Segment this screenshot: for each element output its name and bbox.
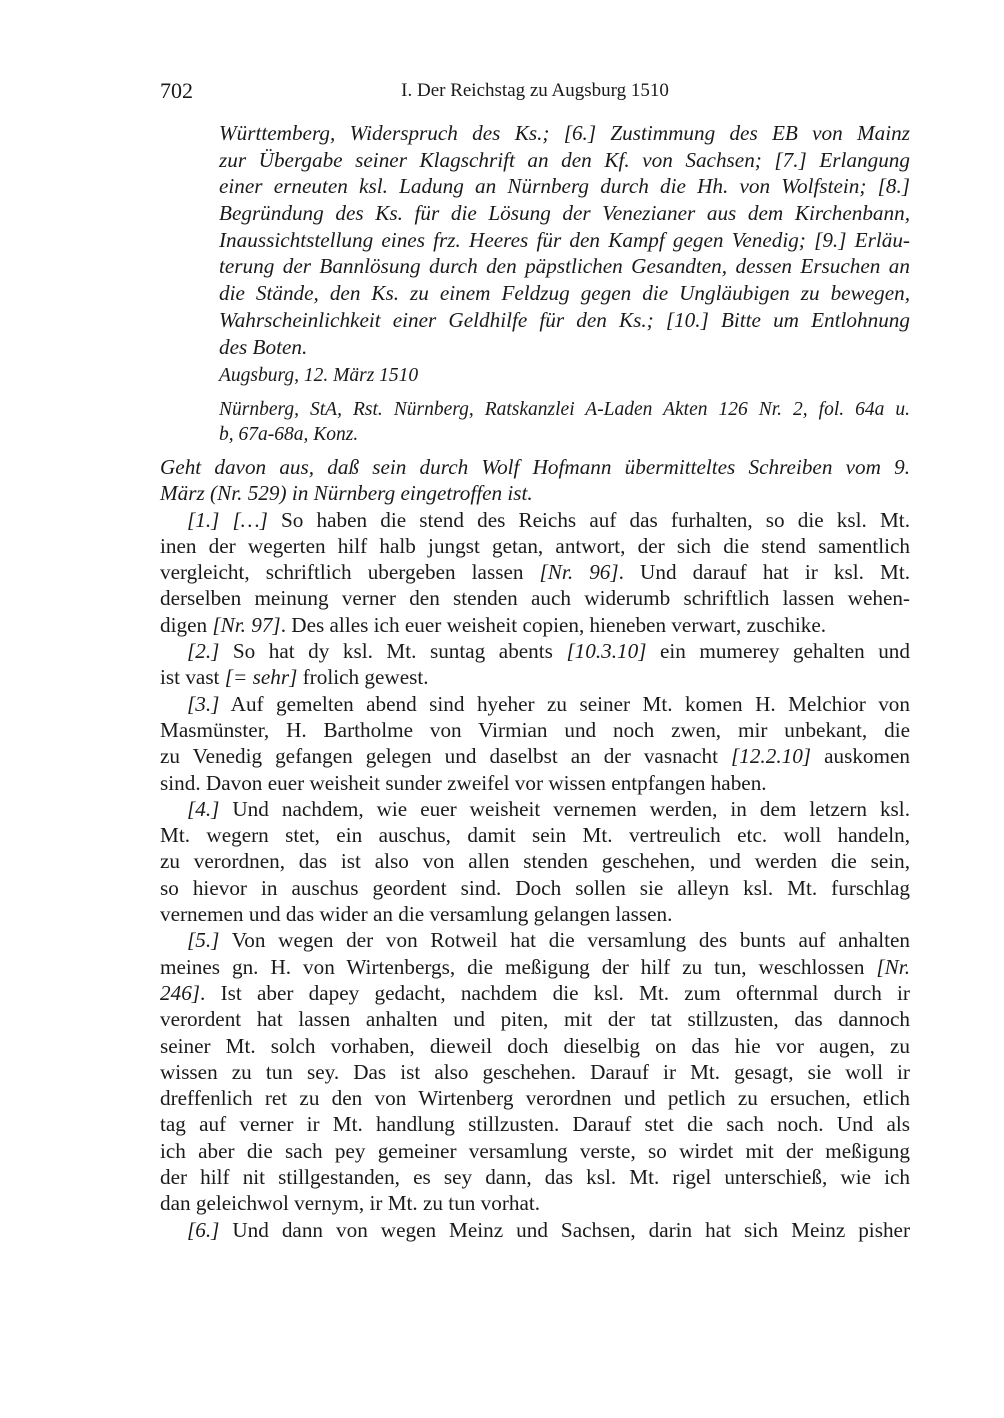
source-line: b, 67a-68a, Konz. <box>219 422 910 447</box>
archival-source: Nürnberg, StA, Rst. Nürnberg, Ratskanzle… <box>219 397 910 447</box>
text-line: verordent hat lassen anhalten und piten,… <box>160 1006 910 1032</box>
cross-reference: 246] <box>160 981 200 1005</box>
text-line: inen der wegerten hilf halb jungst getan… <box>160 533 910 559</box>
section-marker: [3.] <box>187 692 219 716</box>
regest-line: terung der Bannlösung durch den päpstlic… <box>219 253 910 280</box>
source-line: Nürnberg, StA, Rst. Nürnberg, Ratskanzle… <box>219 397 910 422</box>
section-marker: [5.] <box>187 928 219 952</box>
text-line: [6.] Und dann von wegen Meinz und Sachse… <box>160 1217 910 1243</box>
text-line: so hievor in auschus geordent sind. Doch… <box>160 875 910 901</box>
text-line: sind. Davon euer weisheit sunder zweifel… <box>160 770 910 796</box>
text-line: ich aber die sach pey gemeiner versamlun… <box>160 1138 910 1164</box>
regest-line: des Boten. <box>219 334 910 361</box>
text-line: [5.] Von wegen der von Rotweil hat die v… <box>160 927 910 953</box>
cross-reference: [Nr. <box>876 955 910 979</box>
text-line: dreffenlich ret zu den von Wirtenberg ve… <box>160 1085 910 1111</box>
running-title: I. Der Reichstag zu Augsburg 1510 <box>160 80 910 102</box>
regest-line: zur Übergabe seiner Klagschrift an den K… <box>219 147 910 174</box>
regest-line: Inaussichtstellung eines frz. Heeres für… <box>219 227 910 254</box>
text-line: Mt. wegern stet, ein auschus, damit sein… <box>160 822 910 848</box>
cross-reference: [Nr. 97] <box>212 613 280 637</box>
paragraph-4: [4.] Und nachdem, wie euer weisheit vern… <box>160 796 910 927</box>
date-annotation: [10.3.10] <box>566 639 646 663</box>
text-line: dan geleichwol vernym, ir Mt. zu tun vor… <box>160 1190 910 1216</box>
section-marker: [4.] <box>187 797 219 821</box>
regest-line: Württemberg, Widerspruch des Ks.; [6.] Z… <box>219 120 910 147</box>
text-line: vernemen und das wider an die versamlung… <box>160 901 910 927</box>
text-line: seiner Mt. solch vorhaben, dieweil doch … <box>160 1033 910 1059</box>
text-line: [1.] […] So haben die stend des Reichs a… <box>160 507 910 533</box>
text-line: zu Venedig gefangen gelegen und daselbst… <box>160 743 910 769</box>
section-marker: [2.] <box>187 639 219 663</box>
paragraph-6: [6.] Und dann von wegen Meinz und Sachse… <box>160 1217 910 1243</box>
text-line: meines gn. H. von Wirtenbergs, die meßig… <box>160 954 910 980</box>
text-line: digen [Nr. 97]. Des alles ich euer weish… <box>160 612 910 638</box>
intro-line: Geht davon aus, daß sein durch Wolf Hofm… <box>160 454 910 480</box>
text-line: [4.] Und nachdem, wie euer weisheit vern… <box>160 796 910 822</box>
paragraph-3: [3.] Auf gemelten abend sind hyeher zu s… <box>160 691 910 796</box>
intro-line: März (Nr. 529) in Nürnberg eingetroffen … <box>160 480 910 506</box>
section-marker: [6.] <box>187 1218 219 1242</box>
editorial-intro: Geht davon aus, daß sein durch Wolf Hofm… <box>160 454 910 507</box>
text-line: der hilf nit stillgestanden, es sey dann… <box>160 1164 910 1190</box>
dateline: Augsburg, 12. März 1510 <box>219 365 418 387</box>
text-line: derselben meinung verner den stenden auc… <box>160 585 910 611</box>
paragraph-2: [2.] So hat dy ksl. Mt. suntag abents [1… <box>160 638 910 691</box>
gloss-annotation: [= sehr] <box>225 665 298 689</box>
paragraph-5: [5.] Von wegen der von Rotweil hat die v… <box>160 927 910 1216</box>
text-line: [2.] So hat dy ksl. Mt. suntag abents [1… <box>160 638 910 664</box>
text-line: Masmünster, H. Bartholme von Virmian und… <box>160 717 910 743</box>
regest-line: Begründung des Ks. für die Lösung der Ve… <box>219 200 910 227</box>
text-line: wissen zu tun sey. Das ist also geschehe… <box>160 1059 910 1085</box>
regest-line: die Stände, den Ks. zu einem Feldzug geg… <box>219 280 910 307</box>
section-marker: [1.] […] <box>187 508 268 532</box>
date-annotation: [12.2.10] <box>731 744 811 768</box>
text-line: zu verordnen, das ist also von allen ste… <box>160 848 910 874</box>
text-line: ist vast [= sehr] frolich gewest. <box>160 664 910 690</box>
text-line: vergleicht, schriftlich ubergeben lassen… <box>160 559 910 585</box>
text-line: tag auf verner ir Mt. handlung stillzust… <box>160 1111 910 1137</box>
regest-summary: Württemberg, Widerspruch des Ks.; [6.] Z… <box>219 120 910 360</box>
text-line: [3.] Auf gemelten abend sind hyeher zu s… <box>160 691 910 717</box>
regest-line: Wahrscheinlichkeit einer Geldhilfe für d… <box>219 307 910 334</box>
regest-line: einer erneuten ksl. Ladung an Nürnberg d… <box>219 173 910 200</box>
cross-reference: [Nr. 96] <box>540 560 619 584</box>
document-body: Geht davon aus, daß sein durch Wolf Hofm… <box>160 454 910 1243</box>
page-header: 702 I. Der Reichstag zu Augsburg 1510 <box>160 78 910 108</box>
paragraph-1: [1.] […] So haben die stend des Reichs a… <box>160 507 910 638</box>
text-line: 246]. Ist aber dapey gedacht, nachdem di… <box>160 980 910 1006</box>
